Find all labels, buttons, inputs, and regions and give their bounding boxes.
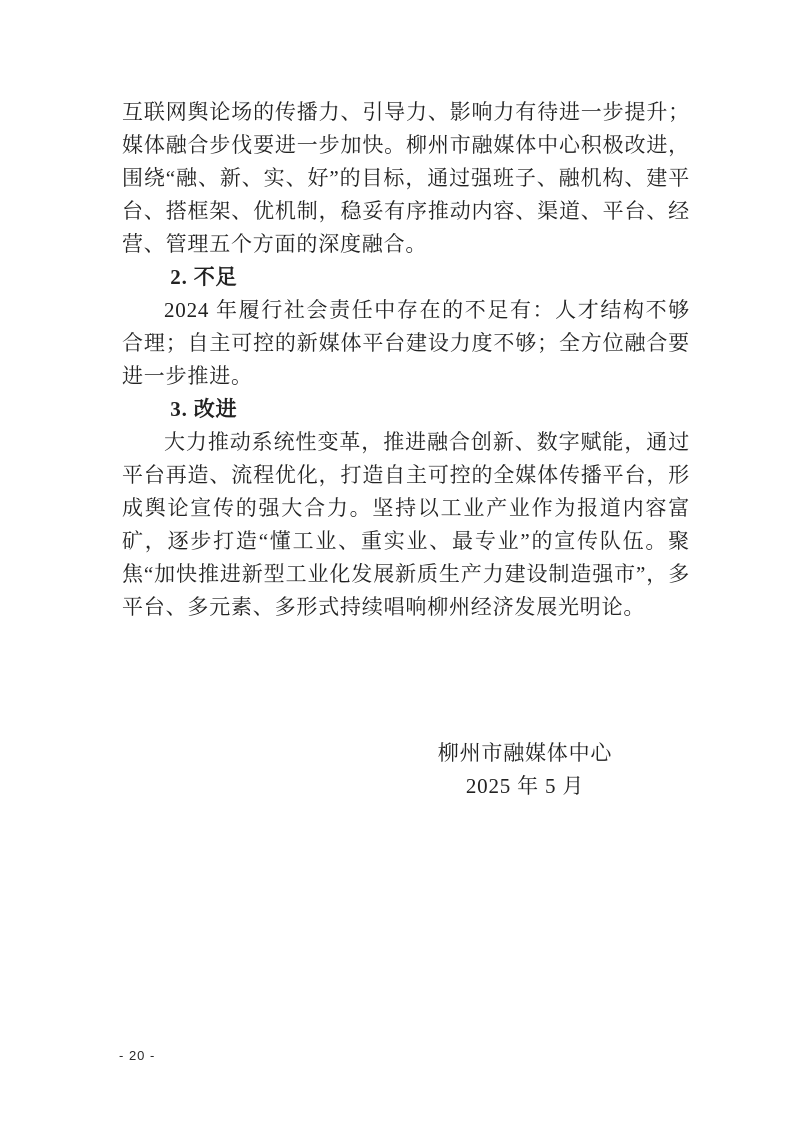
- section-heading-improvement: 3. 改进: [122, 393, 690, 426]
- document-page: 互联网舆论场的传播力、引导力、影响力有待进一步提升；媒体融合步伐要进一步加快。柳…: [0, 0, 800, 1131]
- section-heading-shortcomings: 2. 不足: [122, 261, 690, 294]
- paragraph-improvement: 大力推动系统性变革，推进融合创新、数字赋能，通过平台再造、流程优化，打造自主可控…: [122, 426, 690, 624]
- signature-organization: 柳州市融媒体中心: [360, 737, 690, 770]
- paragraph-continuation: 互联网舆论场的传播力、引导力、影响力有待进一步提升；媒体融合步伐要进一步加快。柳…: [122, 96, 690, 261]
- signature-date: 2025 年 5 月: [360, 770, 690, 803]
- signature-block: 柳州市融媒体中心 2025 年 5 月: [360, 737, 690, 803]
- page-number: - 20 -: [119, 1048, 155, 1063]
- document-body: 互联网舆论场的传播力、引导力、影响力有待进一步提升；媒体融合步伐要进一步加快。柳…: [122, 96, 690, 803]
- paragraph-shortcomings: 2024 年履行社会责任中存在的不足有：人才结构不够合理；自主可控的新媒体平台建…: [122, 294, 690, 393]
